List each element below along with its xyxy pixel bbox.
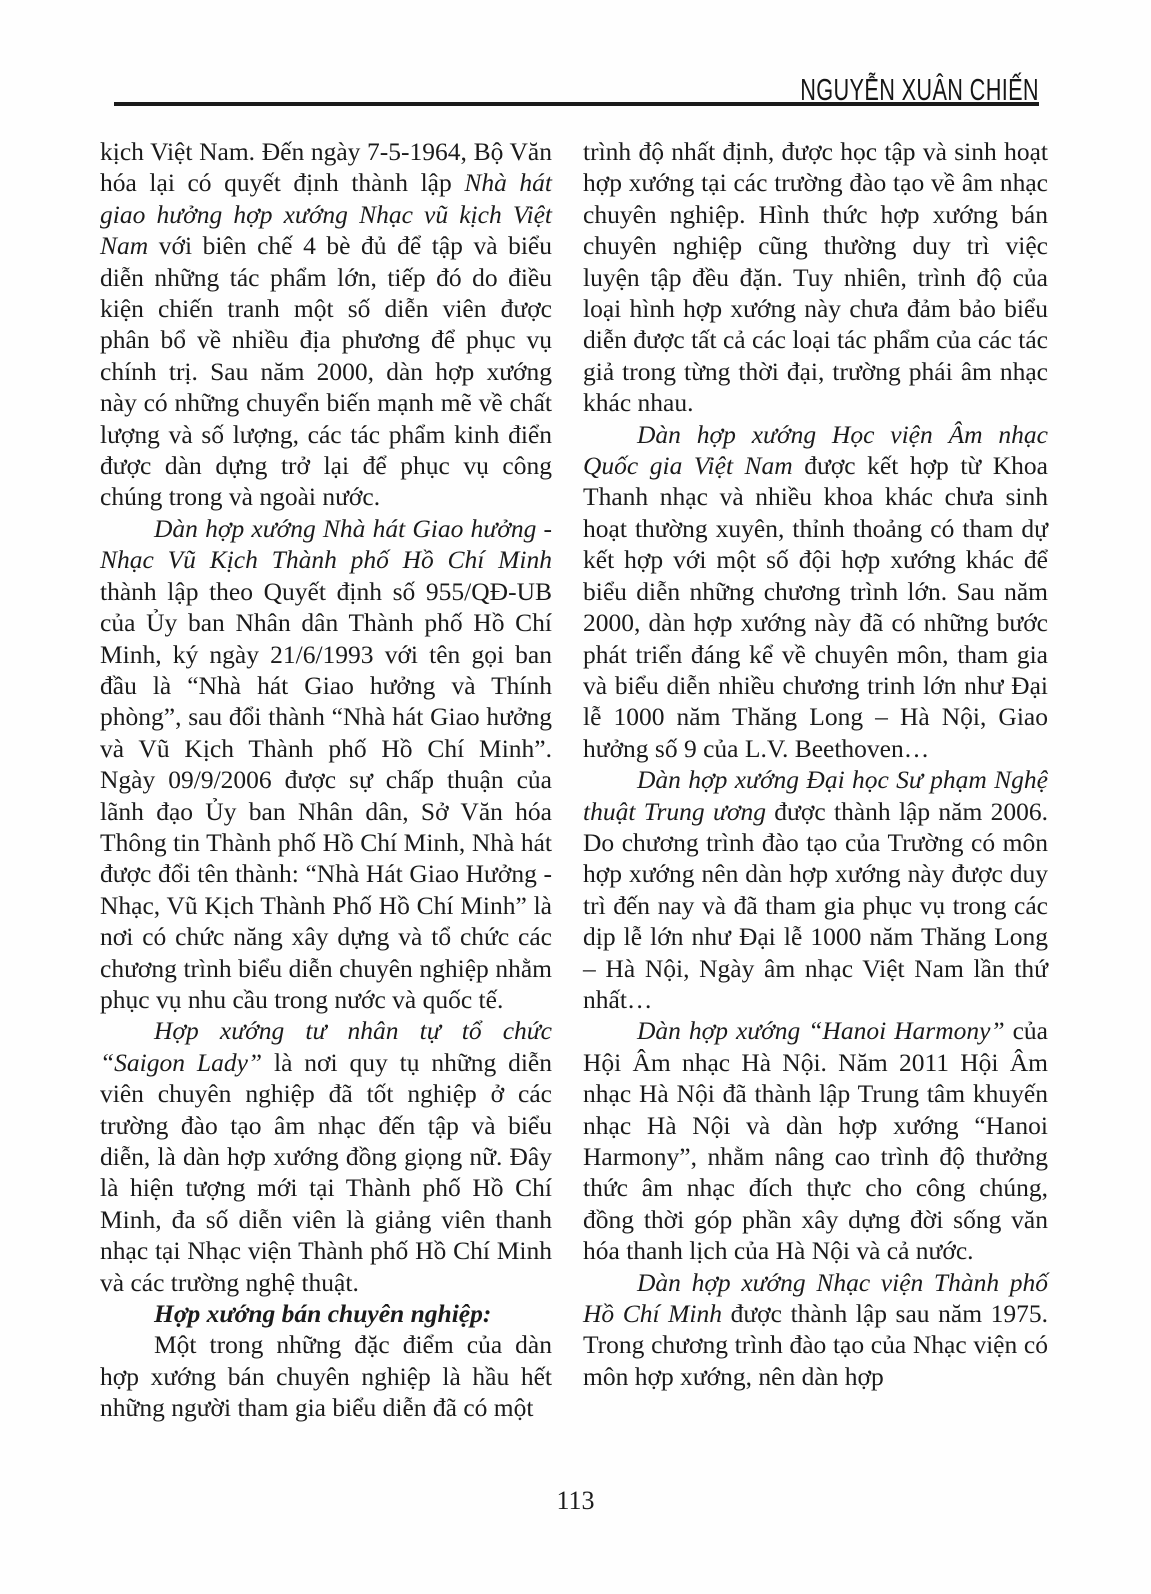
paragraph: Hợp xướng bán chuyên nghiệp: — [100, 1298, 552, 1329]
paragraph: Dàn hợp xướng Nhà hát Giao hưởng - Nhạc … — [100, 513, 552, 1016]
page-number: 113 — [0, 1486, 1151, 1516]
paragraph: trình độ nhất định, được học tập và sinh… — [583, 136, 1048, 419]
paragraph: Một trong những đặc điểm của dàn hợp xướ… — [100, 1329, 552, 1423]
body-text: của Hội Âm nhạc Hà Nội. Năm 2011 Hội Âm … — [583, 1016, 1048, 1265]
body-text: với biên chế 4 bè đủ để tập và biểu diễn… — [100, 231, 552, 511]
paragraph: Dàn hợp xướng Nhạc viện Thành phố Hồ Chí… — [583, 1267, 1048, 1393]
paragraph: Hợp xướng tư nhân tự tổ chức “Saigon Lad… — [100, 1015, 552, 1298]
paragraph: Dàn hợp xướng Học viện Âm nhạc Quốc gia … — [583, 419, 1048, 764]
body-text: trình độ nhất định, được học tập và sinh… — [583, 137, 1048, 417]
column-left: kịch Việt Nam. Đến ngày 7-5-1964, Bộ Văn… — [100, 136, 552, 1424]
paragraph: Dàn hợp xướng “Hanoi Harmony” của Hội Âm… — [583, 1015, 1048, 1266]
body-text: được kết hợp từ Khoa Thanh nhạc và nhiều… — [583, 451, 1048, 763]
document-page: NGUYỄN XUÂN CHIẾN kịch Việt Nam. Đến ngà… — [0, 0, 1151, 1594]
subheading-text: Hợp xướng bán chuyên nghiệp: — [154, 1299, 491, 1328]
paragraph: kịch Việt Nam. Đến ngày 7-5-1964, Bộ Văn… — [100, 136, 552, 513]
emphasized-text: Dàn hợp xướng “Hanoi Harmony” — [637, 1016, 1005, 1045]
body-text: Một trong những đặc điểm của dàn hợp xướ… — [100, 1330, 552, 1422]
header-rule — [114, 102, 1039, 106]
emphasized-text: Dàn hợp xướng Nhà hát Giao hưởng - Nhạc … — [100, 514, 552, 574]
body-text: là nơi quy tụ những diễn viên chuyên ngh… — [100, 1048, 552, 1297]
column-right: trình độ nhất định, được học tập và sinh… — [583, 136, 1048, 1424]
text-columns: kịch Việt Nam. Đến ngày 7-5-1964, Bộ Văn… — [100, 136, 1048, 1424]
paragraph: Dàn hợp xướng Đại học Sư phạm Nghệ thuật… — [583, 764, 1048, 1015]
body-text: thành lập theo Quyết định số 955/QĐ-UB c… — [100, 577, 552, 1014]
body-text: được thành lập năm 2006. Do chương trình… — [583, 797, 1048, 1014]
